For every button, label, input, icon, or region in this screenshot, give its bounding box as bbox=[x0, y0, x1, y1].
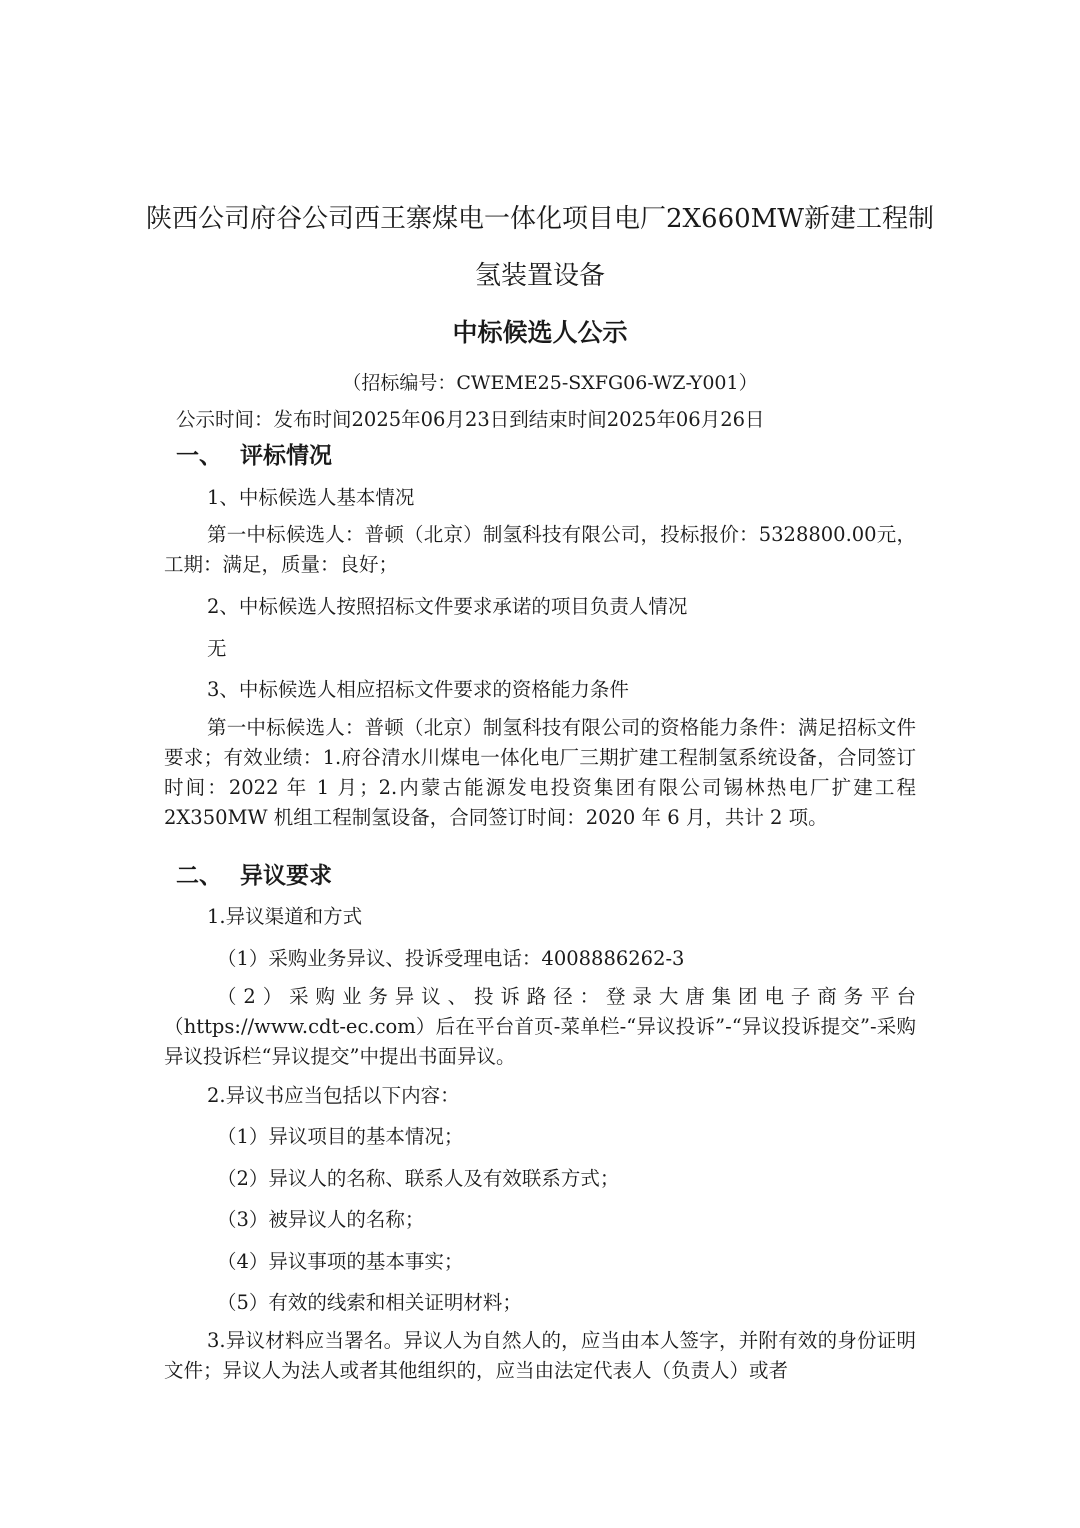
section2-item2-list-item: （5）有效的线索和相关证明材料； bbox=[217, 1287, 522, 1315]
section2-item2-list-item: （1）异议项目的基本情况； bbox=[217, 1121, 463, 1149]
section1-heading: 一、评标情况 bbox=[176, 437, 332, 470]
document-title-line1: 陕西公司府谷公司西王寨煤电一体化项目电厂2X660MW新建工程制 bbox=[0, 198, 1080, 235]
section1-item2-text: 无 bbox=[207, 633, 227, 661]
section2-number: 二、 bbox=[176, 857, 240, 890]
section2-item2-list-item: （2）异议人的名称、联系人及有效联系方式； bbox=[217, 1163, 619, 1191]
section2-item1-sub2: （2）采购业务异议、投诉路径：登录大唐集团电子商务平台（https://www.… bbox=[164, 982, 916, 1072]
section1-item1-heading: 1、中标候选人基本情况 bbox=[207, 482, 414, 510]
section2-item2-list-item: （3）被异议人的名称； bbox=[217, 1204, 424, 1232]
bid-number: （招标编号：CWEME25-SXFG06-WZ-Y001） bbox=[0, 368, 1080, 395]
document-title-line2: 氢装置设备 bbox=[0, 255, 1080, 292]
document-subtitle: 中标候选人公示 bbox=[0, 313, 1080, 349]
section1-item2-heading: 2、中标候选人按照招标文件要求承诺的项目负责人情况 bbox=[207, 591, 687, 619]
section2-item3-text: 3.异议材料应当署名。异议人为自然人的，应当由本人签字，并附有效的身份证明文件；… bbox=[164, 1326, 916, 1386]
section1-item1-text: 第一中标候选人：普顿（北京）制氢科技有限公司，投标报价：5328800.00元，… bbox=[164, 520, 916, 580]
section1-item3-text: 第一中标候选人：普顿（北京）制氢科技有限公司的资格能力条件：满足招标文件要求；有… bbox=[164, 713, 916, 833]
section2-item2-heading: 2.异议书应当包括以下内容： bbox=[207, 1080, 460, 1108]
section2-title: 异议要求 bbox=[240, 863, 332, 889]
section1-title: 评标情况 bbox=[240, 443, 332, 469]
section2-item2-list-item: （4）异议事项的基本事实； bbox=[217, 1246, 463, 1274]
section1-number: 一、 bbox=[176, 437, 240, 470]
section2-item1-heading: 1.异议渠道和方式 bbox=[207, 901, 362, 929]
section2-heading: 二、异议要求 bbox=[176, 857, 332, 890]
section2-item1-sub1: （1）采购业务异议、投诉受理电话：4008886262-3 bbox=[217, 943, 684, 971]
publicity-time: 公示时间：发布时间2025年06月23日到结束时间2025年06月26日 bbox=[176, 404, 765, 432]
section1-item3-heading: 3、中标候选人相应招标文件要求的资格能力条件 bbox=[207, 674, 629, 702]
